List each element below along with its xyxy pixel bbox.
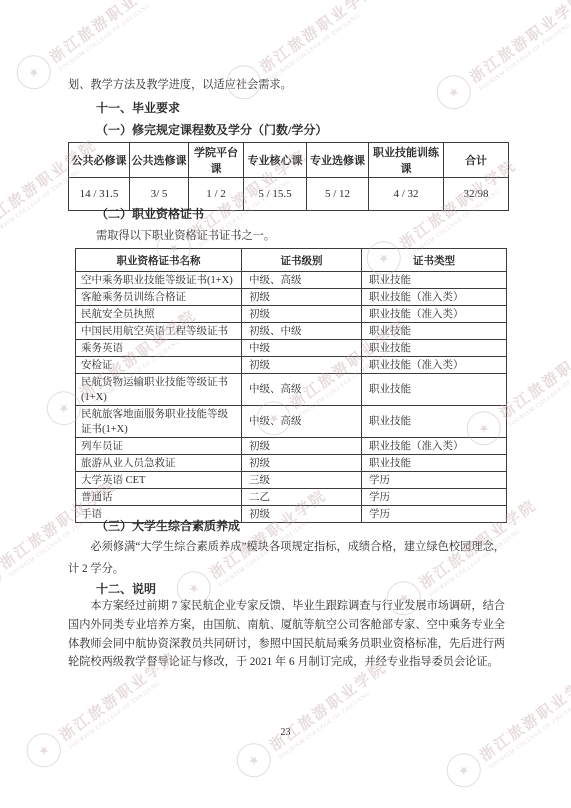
table-row: 民航旅客地面服务职业技能等级 证书(1+X)中级、高级职业技能	[76, 406, 507, 438]
table-row: 民航安全员执照初级职业技能（准入类）	[76, 306, 507, 323]
table-cell: 学历	[362, 472, 507, 489]
watermark-text: 浙江旅游职业学院TOURISM COLLEGE OF ZHEJIANG	[45, 0, 175, 73]
table-cell: 职业技能	[362, 455, 507, 472]
table-cell: 安检证	[76, 357, 242, 374]
table-row: 大学英语 CET三级学历	[76, 472, 507, 489]
table-cell: 中国民用航空英语工程等级证书	[76, 323, 242, 340]
watermark-stamp: ★浙江旅游职业学院TOURISM COLLEGE OF ZHEJIANG	[430, 0, 571, 116]
table-cell: 学历	[362, 489, 507, 506]
column-header: 合计	[444, 143, 509, 178]
table-cell: 初级、中级	[242, 323, 362, 340]
watermark-text-cn: 浙江旅游职业学院	[475, 666, 571, 765]
column-header: 证书类型	[362, 249, 507, 272]
watermark-text-en: TOURISM COLLEGE OF ZHEJIANG	[68, 664, 185, 751]
table-cell: 初级	[242, 306, 362, 323]
table-cell: 三级	[242, 472, 362, 489]
table-cell: 初级	[242, 438, 362, 455]
column-header: 职业资格证书名称	[76, 249, 242, 272]
table-cell: 初级	[242, 289, 362, 306]
page-number: 23	[0, 727, 571, 738]
table-cell: 5 / 15.5	[244, 178, 307, 211]
section-12-title: 十二、说明	[96, 580, 156, 597]
intro-text: 划、教学方法及教学进度，以适应社会需求。	[68, 76, 505, 95]
watermark-text-en: TOURISM COLLEGE OF ZHEJIANG	[278, 674, 395, 761]
certificates-table-body: 空中乘务职业技能等级证书(1+X)中级、高级职业技能客舱乘务员训练合格证初级职业…	[76, 272, 507, 523]
table-row: 安检证初级职业技能（准入类）	[76, 357, 507, 374]
column-header: 职业技能训练课	[369, 143, 444, 178]
table-cell: 职业技能	[362, 374, 507, 406]
section-11-3-title: （三）大学生综合素质养成	[96, 517, 240, 534]
table-row: 中国民用航空英语工程等级证书初级、中级职业技能	[76, 323, 507, 340]
watermark-text-en: TOURISM COLLEGE OF ZHEJIANG	[58, 0, 175, 73]
table-row: 空中乘务职业技能等级证书(1+X)中级、高级职业技能	[76, 272, 507, 289]
watermark-text: 浙江旅游职业学院TOURISM COLLEGE OF ZHEJIANG	[255, 0, 385, 83]
notes-text: 本方案经过前期 7 家民航企业专家反馈、毕业生跟踪调查与行业发展市场调研，结合国…	[68, 597, 505, 672]
table-cell: 初级	[242, 357, 362, 374]
table-row: 乘务英语中级职业技能	[76, 340, 507, 357]
table-cell: 职业技能（准入类）	[362, 306, 507, 323]
table-cell: 32/98	[444, 178, 509, 211]
table-cell: 初级	[242, 506, 362, 523]
table-row: 客舱乘务员训练合格证初级职业技能（准入类）	[76, 289, 507, 306]
table-cell: 旅游从业人员急救证	[76, 455, 242, 472]
table-row: 列车员证初级职业技能（准入类）	[76, 438, 507, 455]
certificates-table: 职业资格证书名称证书级别证书类型 空中乘务职业技能等级证书(1+X)中级、高级职…	[75, 248, 507, 523]
table-cell: 初级	[242, 455, 362, 472]
table-cell: 中级、高级	[242, 406, 362, 438]
watermark-text: 浙江旅游职业学院TOURISM COLLEGE OF ZHEJIANG	[475, 666, 571, 771]
table-cell: 中级、高级	[242, 272, 362, 289]
table-row: 民航货物运输职业技能等级证书 (1+X)中级、高级职业技能	[76, 374, 507, 406]
table-cell: 职业技能（准入类）	[362, 357, 507, 374]
table-cell: 职业技能	[362, 272, 507, 289]
table-cell: 学历	[362, 506, 507, 523]
table-cell: 民航安全员执照	[76, 306, 242, 323]
table-row: 普通话二乙学历	[76, 489, 507, 506]
column-header: 证书级别	[242, 249, 362, 272]
column-header: 专业核心课	[244, 143, 307, 178]
document-page: ★浙江旅游职业学院TOURISM COLLEGE OF ZHEJIANG★浙江旅…	[0, 0, 571, 808]
column-header: 专业选修课	[307, 143, 369, 178]
table-cell: 民航货物运输职业技能等级证书 (1+X)	[76, 374, 242, 406]
table-cell: 职业技能	[362, 340, 507, 357]
table-cell: 大学英语 CET	[76, 472, 242, 489]
watermark-text-en: TOURISM COLLEGE OF ZHEJIANG	[268, 0, 385, 83]
table-cell: 列车员证	[76, 438, 242, 455]
watermark-text-cn: 浙江旅游职业学院	[255, 0, 381, 77]
quality-module-text: 必须修满“大学生综合素质养成”模块各项规定指标，成绩合格，建立绿色校园理念，计 …	[68, 537, 505, 580]
watermark-text-cn: 浙江旅游职业学院	[45, 0, 171, 67]
table-cell: 中级	[242, 340, 362, 357]
section-11-1-title: （一）修完规定课程数及学分（门数/学分）	[96, 121, 327, 138]
watermark-text-cn: 浙江旅游职业学院	[465, 0, 571, 87]
certificate-note: 需取得以下职业资格证书证书之一。	[96, 227, 275, 246]
column-header: 学院平台课	[189, 143, 244, 178]
table-cell: 客舱乘务员训练合格证	[76, 289, 242, 306]
college-seal-icon: ★	[0, 555, 8, 602]
table-cell: 普通话	[76, 489, 242, 506]
credits-table: 公共必修课公共选修课学院平台课专业核心课专业选修课职业技能训练课合计 14 / …	[68, 142, 509, 211]
credits-table-header: 公共必修课公共选修课学院平台课专业核心课专业选修课职业技能训练课合计	[69, 143, 509, 178]
table-cell: 职业技能（准入类）	[362, 289, 507, 306]
table-cell: 乘务英语	[76, 340, 242, 357]
college-seal-icon: ★	[10, 49, 57, 96]
certificates-table-header: 职业资格证书名称证书级别证书类型	[76, 249, 507, 272]
watermark-text-en: TOURISM COLLEGE OF ZHEJIANG	[508, 342, 571, 429]
column-header: 公共必修课	[69, 143, 130, 178]
table-cell: 职业技能	[362, 406, 507, 438]
table-row: 旅游从业人员急救证初级职业技能	[76, 455, 507, 472]
table-cell: 5 / 12	[307, 178, 369, 211]
table-cell: 中级、高级	[242, 374, 362, 406]
college-seal-icon: ★	[440, 747, 487, 794]
table-cell: 4 / 32	[369, 178, 444, 211]
section-11-2-title: （二）职业资格证书	[96, 205, 204, 222]
column-header: 公共选修课	[130, 143, 189, 178]
table-cell: 民航旅客地面服务职业技能等级 证书(1+X)	[76, 406, 242, 438]
table-cell: 二乙	[242, 489, 362, 506]
section-11-title: 十一、毕业要求	[96, 99, 180, 116]
table-cell: 职业技能	[362, 323, 507, 340]
table-cell: 职业技能（准入类）	[362, 438, 507, 455]
table-cell: 空中乘务职业技能等级证书(1+X)	[76, 272, 242, 289]
college-seal-icon: ★	[230, 737, 277, 784]
